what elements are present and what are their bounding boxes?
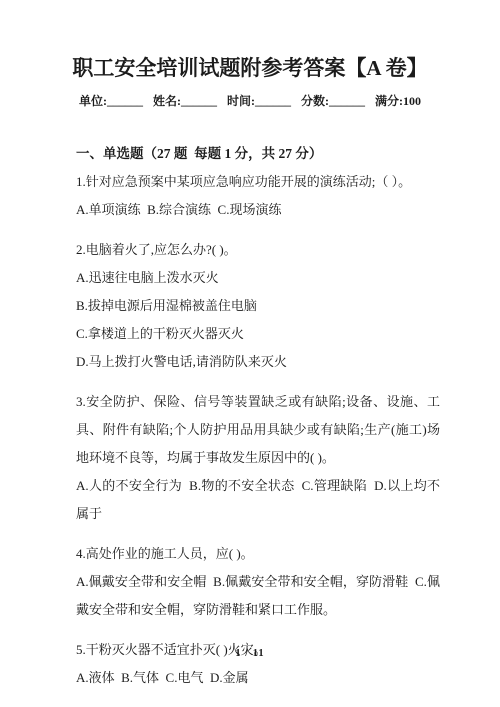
name-blank: 姓名:______ — [153, 93, 217, 110]
option-line: A.单项演练 B.综合演练 C.现场演练 — [76, 196, 440, 224]
info-line: 单位:______ 姓名:______ 时间:______ 分数:______ … — [0, 93, 500, 110]
option-line: D.马上拨打火警电话,请消防队来灭火 — [76, 348, 440, 376]
option-line: A.佩戴安全带和安全帽 B.佩戴安全带和安全帽，穿防滑鞋 C.佩戴安全带和安全帽… — [76, 568, 440, 624]
option-line: C.拿楼道上的干粉灭火器灭火 — [76, 320, 440, 348]
option-line: A.迅速往电脑上泼水灭火 — [76, 264, 440, 292]
unit-blank: 单位:______ — [79, 93, 143, 110]
option-line: A.人的不安全行为 B.物的不安全状态 C.管理缺陷 D.以上均不属于 — [76, 472, 440, 528]
score-blank: 分数:______ — [301, 93, 365, 110]
question-block-3: 3.安全防护、保险、信号等装置缺乏或有缺陷;设备、设施、工具、附件有缺陷;个人防… — [76, 388, 440, 528]
question-block-4: 4.高处作业的施工人员，应( )。 A.佩戴安全带和安全帽 B.佩戴安全带和安全… — [76, 540, 440, 624]
question-block-5: 5.干粉灭火器不适宜扑灭( )火灾。 A.液体 B.气体 C.电气 D.金属 — [76, 636, 440, 692]
exam-document-page: 职工安全培训试题附参考答案【A 卷】 单位:______ 姓名:______ 时… — [0, 0, 500, 707]
question-block-1: 1.针对应急预案中某项应急响应功能开展的演练活动;（ ）。 A.单项演练 B.综… — [76, 168, 440, 224]
time-blank: 时间:______ — [227, 93, 291, 110]
question-text: 4.高处作业的施工人员，应( )。 — [76, 540, 440, 568]
question-text: 2.电脑着火了,应怎么办?( )。 — [76, 236, 440, 264]
page-number: 1 / 11 — [0, 648, 500, 659]
section-heading: 一、单选题（27 题 每题 1 分，共 27 分） — [76, 140, 440, 168]
question-block-2: 2.电脑着火了,应怎么办?( )。 A.迅速往电脑上泼水灭火 B.拔掉电源后用湿… — [76, 236, 440, 376]
exam-body: 一、单选题（27 题 每题 1 分，共 27 分） 1.针对应急预案中某项应急响… — [0, 140, 500, 692]
question-text: 3.安全防护、保险、信号等装置缺乏或有缺陷;设备、设施、工具、附件有缺陷;个人防… — [76, 388, 440, 472]
question-text: 1.针对应急预案中某项应急响应功能开展的演练活动;（ ）。 — [76, 168, 440, 196]
option-line: B.拔掉电源后用湿棉被盖住电脑 — [76, 292, 440, 320]
full-score-label: 满分:100 — [375, 93, 421, 110]
page-title: 职工安全培训试题附参考答案【A 卷】 — [0, 55, 500, 82]
option-line: A.液体 B.气体 C.电气 D.金属 — [76, 664, 440, 692]
